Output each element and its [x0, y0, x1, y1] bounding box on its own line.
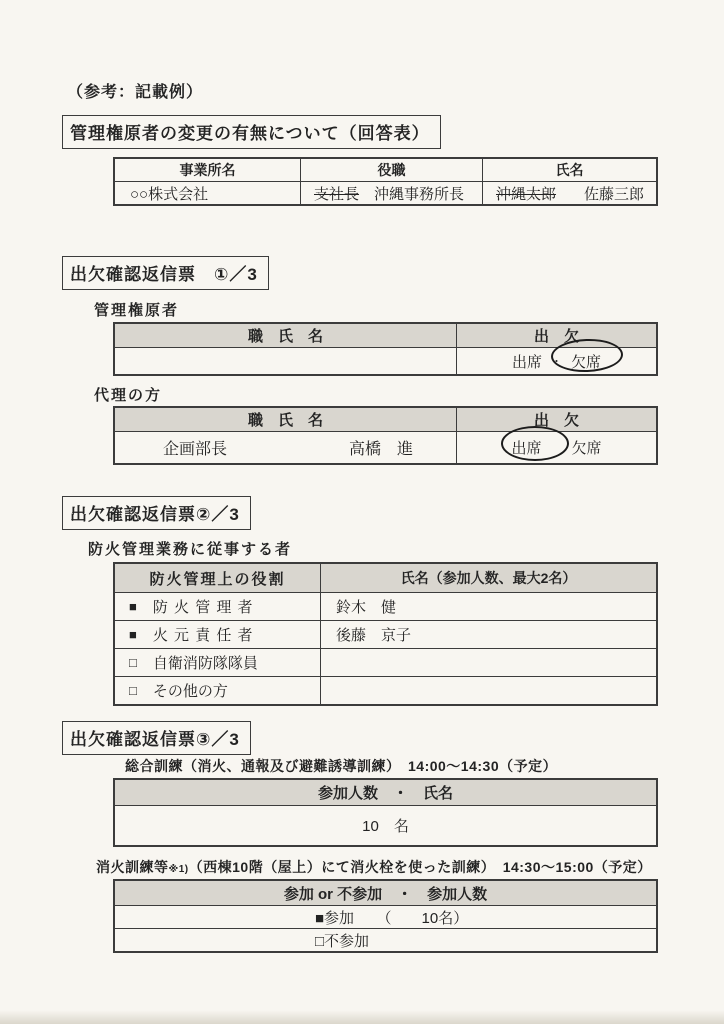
sougou-data-row: 10 名 [115, 805, 656, 845]
role-name-cell [320, 677, 656, 704]
label-dairi: 代理の方 [94, 384, 162, 405]
shouka-header-row: 参加 or 不参加 ・ 参加人数 [115, 881, 656, 905]
role-name-cell [320, 649, 656, 676]
checkbox-checked-icon: ■ [129, 627, 137, 642]
role-row-sonota: □ その他の方 [115, 676, 656, 704]
participation-option-cell: ■参加 （ 10名） [115, 906, 656, 928]
label-sougou-kunren: 総合訓練（消火、通報及び避難誘導訓練） 14:00～14:30（予定） [125, 756, 557, 776]
col-header-role: 防火管理上の役割 [115, 564, 320, 592]
role-name-cell: 鈴木 健 [320, 593, 656, 620]
col-header-name-count: 氏名（参加人数、最大2名） [320, 564, 656, 592]
scanned-document-page: （参考：記載例） 管理権原者の変更の有無について（回答表） 事業所名 役職 氏名… [0, 0, 724, 1024]
circle-mark-present [501, 426, 569, 461]
dairi-data-row: 企画部長 高橋 進 出席 欠席 [115, 431, 656, 463]
section-title-hensin1: 出欠確認返信票 ①／3 [62, 256, 269, 290]
shouka-row-fusanka: □不参加 [115, 928, 656, 951]
col-header-attendance: 出 欠 [456, 324, 656, 347]
role-label: その他の方 [153, 680, 228, 701]
proxy-name: 高橋 進 [349, 436, 413, 459]
section-title-hensin2: 出欠確認返信票②／3 [62, 496, 251, 530]
kaito-table: 事業所名 役職 氏名 ○○株式会社 支社長 沖縄事務所長 沖縄太郎 佐藤三郎 [113, 157, 658, 206]
reference-note: （参考：記載例） [67, 79, 203, 102]
new-name: 佐藤三郎 [584, 183, 644, 204]
label-shouka-kunren: 消火訓練等※1)（西棟10階（屋上）にて消火栓を使った訓練） 14:30～15:… [96, 857, 652, 877]
role-label: 火 元 責 任 者 [153, 624, 254, 645]
scan-bottom-edge [0, 1010, 724, 1024]
col-header-position: 役職 [300, 159, 482, 181]
bouka-roles-table: 防火管理上の役割 氏名（参加人数、最大2名） ■ 防 火 管 理 者 鈴木 健 … [113, 562, 658, 706]
shouka-footnote-marker: ※1) [169, 864, 189, 875]
roles-header-row: 防火管理上の役割 氏名（参加人数、最大2名） [115, 564, 656, 592]
office-name-cell: ○○株式会社 [115, 182, 300, 204]
section-title-kaito: 管理権原者の変更の有無について（回答表） [62, 115, 441, 149]
col-header-name: 氏名 [482, 159, 656, 181]
label-kanrikengensha: 管理権原者 [94, 299, 179, 320]
position-cell: 支社長 沖縄事務所長 [300, 182, 482, 204]
col-header-participants-names: 参加人数 ・ 氏名 [115, 780, 656, 805]
absent-option: 欠席 [572, 437, 602, 458]
role-row-boukakanrisha: ■ 防 火 管 理 者 鈴木 健 [115, 592, 656, 620]
participant-count-cell: 10 名 [115, 806, 656, 845]
col-header-attendance: 出 欠 [456, 408, 656, 431]
role-cell: □ 自衛消防隊隊員 [115, 649, 320, 676]
role-cell: ■ 防 火 管 理 者 [115, 593, 320, 620]
col-header-office: 事業所名 [115, 159, 300, 181]
dairi-attendance-table: 職 氏 名 出 欠 企画部長 高橋 進 出席 欠席 [113, 406, 658, 465]
role-row-jieishoubou: □ 自衛消防隊隊員 [115, 648, 656, 676]
col-header-title-name: 職 氏 名 [115, 324, 456, 347]
checkbox-unchecked-icon: □ [129, 655, 137, 670]
kaito-header-row: 事業所名 役職 氏名 [115, 159, 656, 181]
role-cell: □ その他の方 [115, 677, 320, 704]
new-position: 沖縄事務所長 [374, 183, 464, 204]
non-participation-option-cell: □不参加 [115, 929, 656, 951]
kanri-name-cell-empty [115, 348, 456, 374]
shouka-row-sanka: ■参加 （ 10名） [115, 905, 656, 928]
dairi-name-cell: 企画部長 高橋 進 [115, 432, 456, 463]
col-header-participation: 参加 or 不参加 ・ 参加人数 [115, 881, 656, 905]
col-header-title-name: 職 氏 名 [115, 408, 456, 431]
role-cell: ■ 火 元 責 任 者 [115, 621, 320, 648]
dairi-header-row: 職 氏 名 出 欠 [115, 408, 656, 431]
sougou-table: 参加人数 ・ 氏名 10 名 [113, 778, 658, 847]
section-title-hensin3: 出欠確認返信票③／3 [62, 721, 251, 755]
role-row-himotosekininsha: ■ 火 元 責 任 者 後藤 京子 [115, 620, 656, 648]
checkbox-checked-icon: ■ [129, 599, 137, 614]
role-label: 自衛消防隊隊員 [153, 652, 258, 673]
name-cell: 沖縄太郎 佐藤三郎 [482, 182, 656, 204]
old-name-struck: 沖縄太郎 [496, 183, 556, 204]
proxy-position: 企画部長 [163, 436, 227, 459]
shouka-label-main: 消火訓練等 [96, 859, 169, 875]
checkbox-unchecked-icon: □ [129, 683, 137, 698]
label-bouka-gyoumu: 防火管理業務に従事する者 [88, 538, 292, 559]
sougou-header-row: 参加人数 ・ 氏名 [115, 780, 656, 805]
shouka-label-rest: （西棟10階（屋上）にて消火栓を使った訓練） 14:30～15:00（予定） [189, 859, 652, 875]
shouka-table: 参加 or 不参加 ・ 参加人数 ■参加 （ 10名） □不参加 [113, 879, 658, 953]
attend-option: 出席 [512, 351, 542, 372]
kaito-data-row: ○○株式会社 支社長 沖縄事務所長 沖縄太郎 佐藤三郎 [115, 181, 656, 204]
role-label: 防 火 管 理 者 [153, 596, 254, 617]
role-name-cell: 後藤 京子 [320, 621, 656, 648]
old-position-struck: 支社長 [314, 183, 359, 204]
